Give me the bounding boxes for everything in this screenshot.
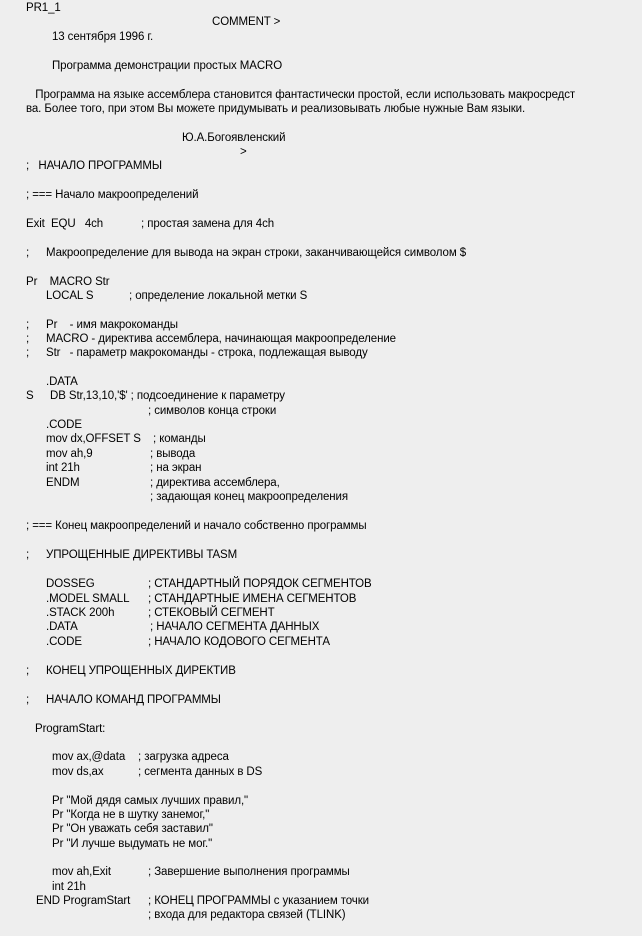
text-line: ; НАЧАЛО КОДОВОГО СЕГМЕНТА (148, 635, 330, 649)
text-line: ; НАЧАЛО ПРОГРАММЫ (26, 159, 162, 173)
text-line: ; вывода (150, 447, 195, 461)
text-line: ; (26, 346, 29, 360)
text-line: PR1_1 (26, 1, 61, 15)
text-line: Exit EQU 4ch (26, 217, 103, 231)
text-line: ; Завершение выполнения программы (148, 865, 350, 879)
text-line: ; (26, 548, 29, 562)
text-line: НАЧАЛО КОМАНД ПРОГРАММЫ (46, 693, 221, 707)
text-line: ; на экран (150, 461, 201, 475)
text-line: ; === Конец макроопределений и начало со… (26, 519, 367, 533)
text-line: ; КОНЕЦ ПРОГРАММЫ с указанием точки (148, 894, 369, 908)
text-line: S (26, 389, 34, 403)
text-line: ProgramStart: (35, 722, 105, 736)
text-line: Ю.А.Богоявленский (182, 131, 285, 145)
text-line: Pr MACRO Str (26, 275, 109, 289)
text-line: ENDM (46, 476, 79, 490)
text-line: ; простая замена для 4ch (141, 217, 274, 231)
text-line: ; СТАНДАРТНЫЙ ПОРЯДОК СЕГМЕНТОВ (148, 577, 372, 591)
text-line: 13 сентября 1996 г. (52, 30, 153, 44)
text-line: .DATA (46, 620, 78, 634)
text-line: КОНЕЦ УПРОЩЕННЫХ ДИРЕКТИВ (46, 664, 236, 678)
text-line: ; определение локальной метки S (129, 289, 307, 303)
text-line: int 21h (52, 880, 86, 894)
text-line: ; СТАНДАРТНЫЕ ИМЕНА СЕГМЕНТОВ (148, 592, 356, 606)
text-line: Pr "Он уважать себя заставил" (52, 822, 213, 836)
text-line: mov ah,9 (46, 447, 93, 461)
text-line: Pr "Когда не в шутку занемог," (52, 808, 209, 822)
text-line: Pr "И лучше выдумать не мог." (52, 837, 212, 851)
text-line: ; загрузка адреса (138, 750, 229, 764)
text-line: END ProgramStart (36, 894, 130, 908)
text-line: ; (26, 318, 29, 332)
text-line: mov ah,Exit (52, 865, 111, 879)
text-line: Str - параметр макрокоманды - строка, по… (46, 346, 368, 360)
text-line: mov dx,OFFSET S (46, 432, 141, 446)
text-line: ; задающая конец макроопределения (150, 490, 348, 504)
text-line: ; команды (153, 432, 206, 446)
text-line: .MODEL SMALL (46, 592, 129, 606)
text-line: ; директива ассемблера, (150, 476, 280, 490)
text-line: Макроопределение для вывода на экран стр… (46, 246, 466, 260)
text-line: .DATA (46, 375, 78, 389)
text-line: ; === Начало макроопределений (26, 188, 198, 202)
text-line: Pr "Мой дядя самых лучших правил," (52, 794, 248, 808)
text-line: COMMENT > (212, 15, 280, 29)
text-line: ; символов конца строки (148, 404, 276, 418)
text-line: MACRO - директива ассемблера, начинающая… (46, 332, 396, 346)
text-line: DOSSEG (46, 577, 95, 591)
text-line: ; НАЧАЛО СЕГМЕНТА ДАННЫХ (150, 620, 319, 634)
text-line: DB Str,13,10,'$' ; подсоединение к парам… (50, 389, 285, 403)
text-line: Pr - имя макрокоманды (46, 318, 178, 332)
text-line: Программа демонстрации простых MACRO (52, 59, 282, 73)
text-line: Программа на языке ассемблера становится… (26, 88, 575, 102)
text-line: ; (26, 693, 29, 707)
text-line: mov ds,ax (52, 765, 104, 779)
text-line: УПРОЩЕННЫЕ ДИРЕКТИВЫ TASM (46, 548, 237, 562)
text-line: ; (26, 246, 29, 260)
text-line: LOCAL S (46, 289, 93, 303)
text-line: .CODE (46, 418, 82, 432)
text-line: ; сегмента данных в DS (138, 765, 262, 779)
text-line: ; (26, 664, 29, 678)
text-line: ; (26, 332, 29, 346)
text-line: > (240, 145, 247, 159)
text-line: .CODE (46, 635, 82, 649)
text-line: int 21h (46, 461, 80, 475)
text-line: .STACK 200h (46, 606, 114, 620)
text-line: ; входа для редактора связей (TLINK) (148, 908, 346, 922)
text-line: ; СТЕКОВЫЙ СЕГМЕНТ (148, 606, 275, 620)
text-line: mov ax,@data (52, 750, 125, 764)
text-line: ва. Более того, при этом Вы можете приду… (26, 102, 525, 116)
